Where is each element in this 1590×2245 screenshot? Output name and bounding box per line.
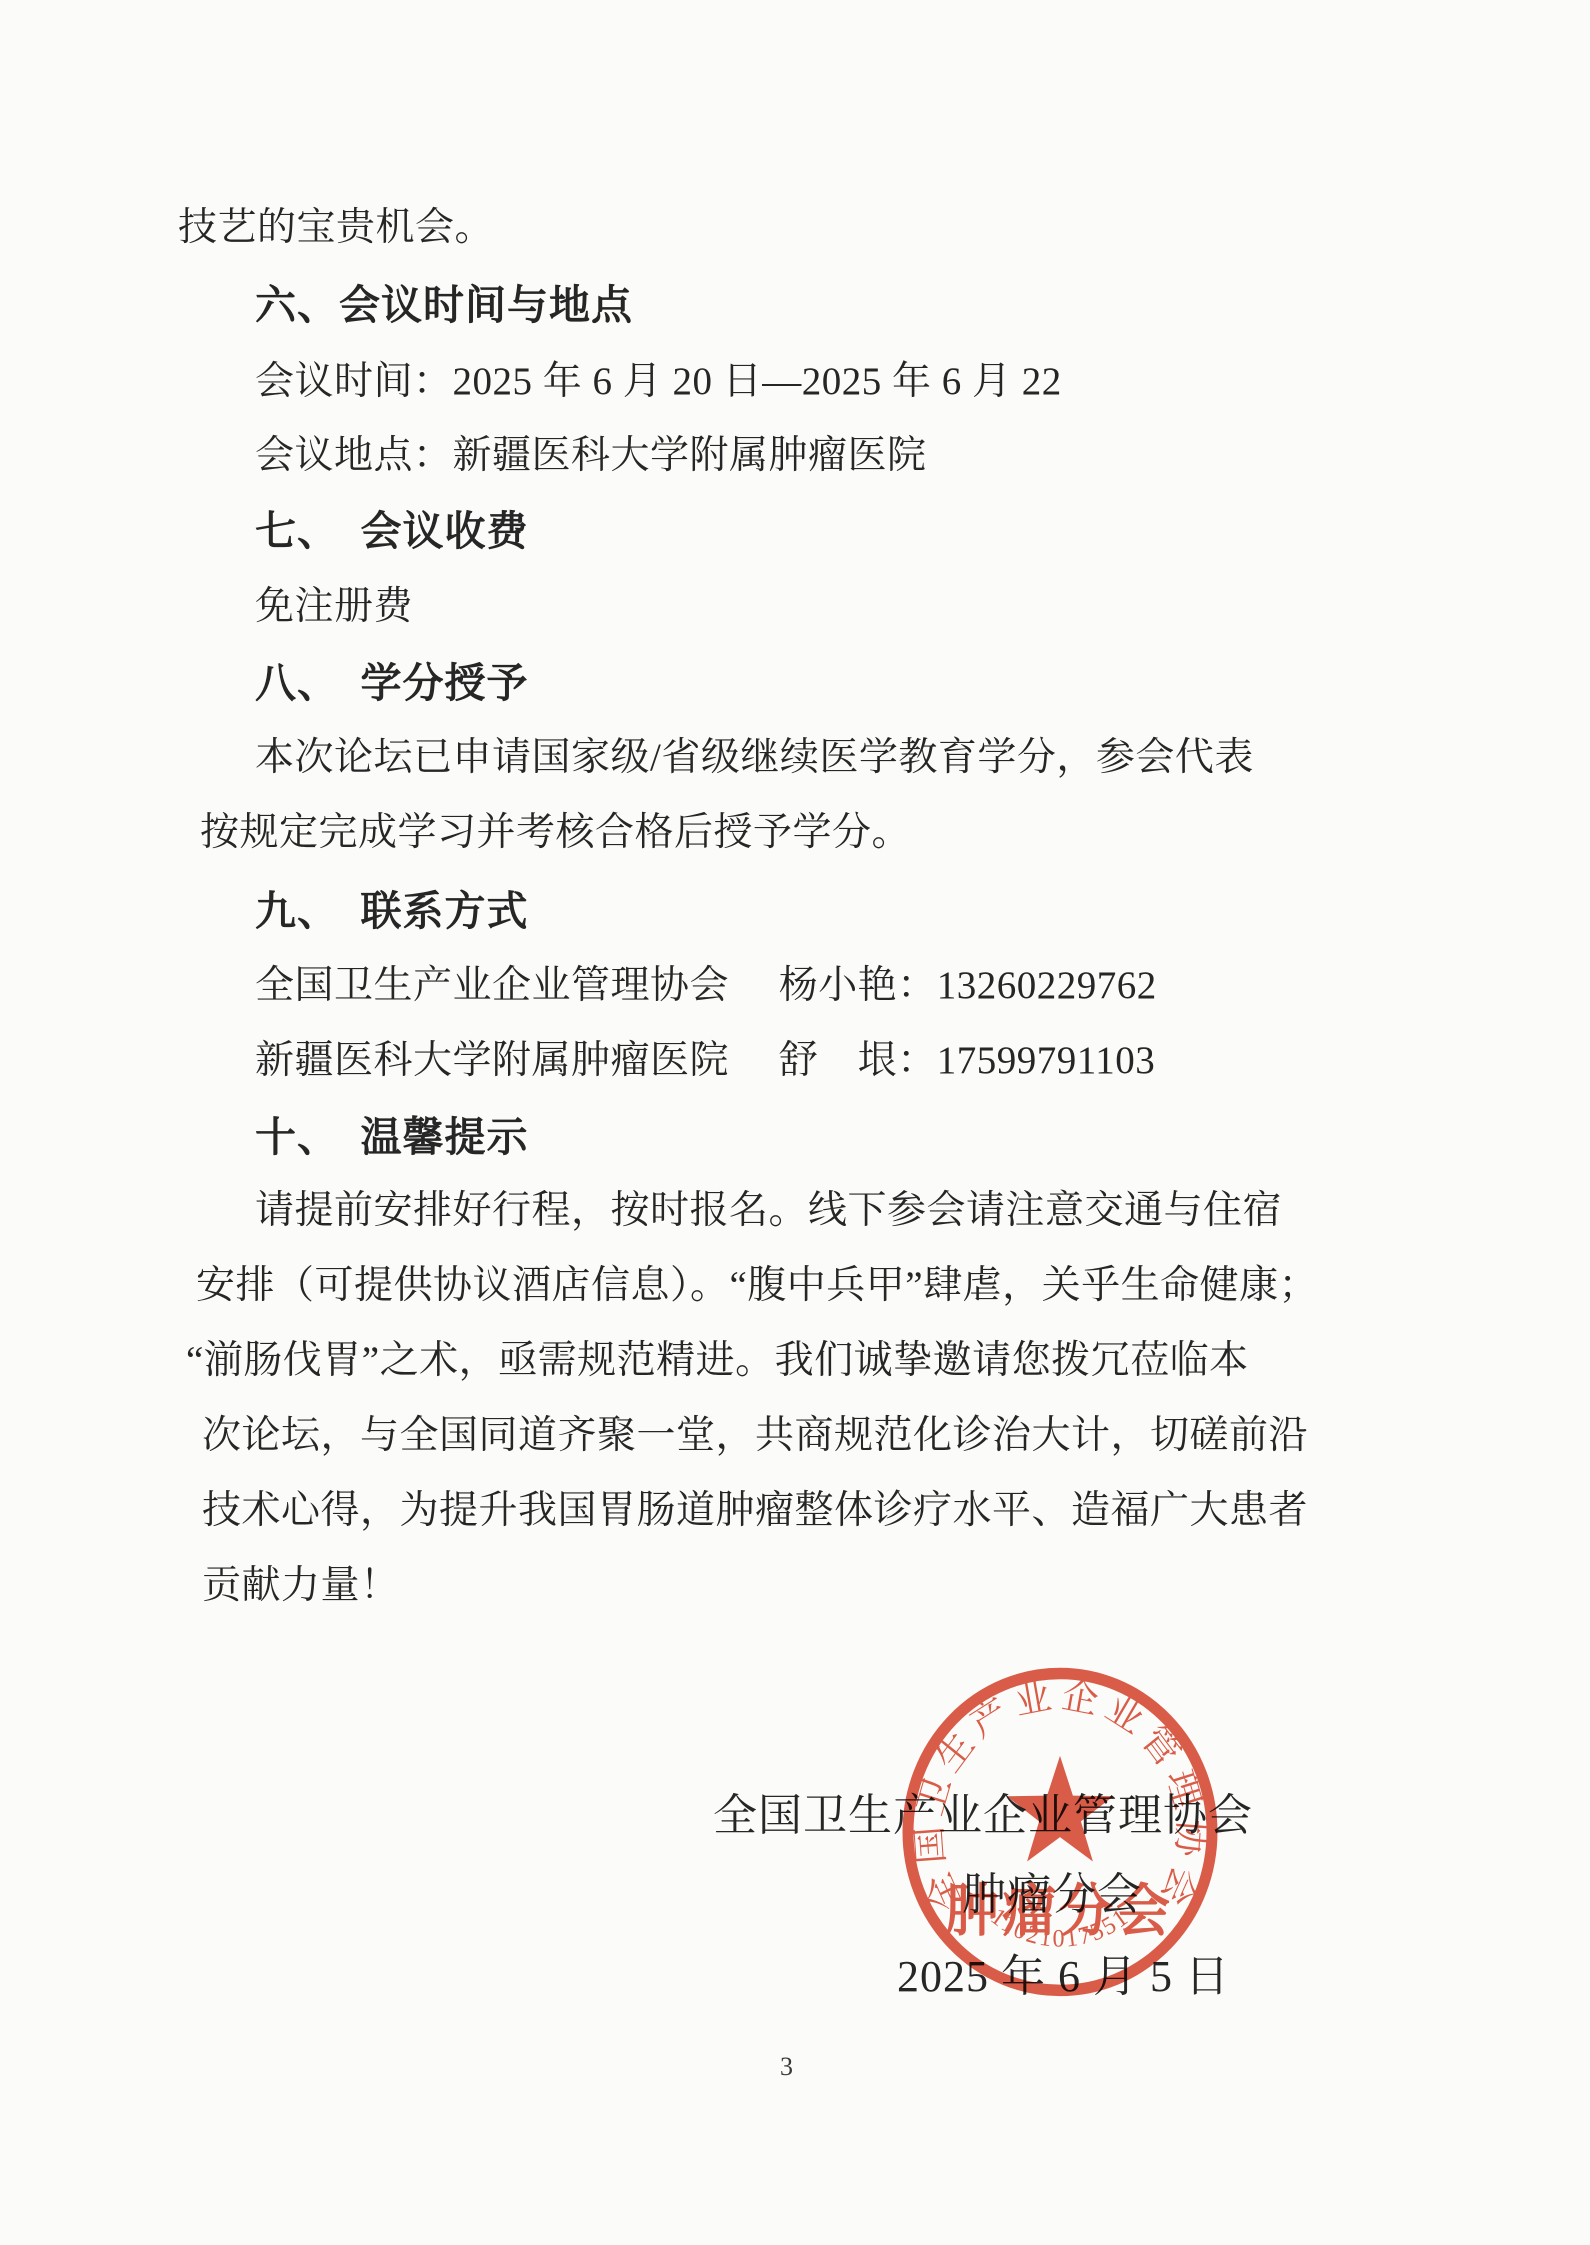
meeting-place-line: 会议地点：新疆医科大学附属肿瘤医院: [255, 424, 927, 480]
contact-line-2: 新疆医科大学附属肿瘤医院 舒 垠：17599791103: [255, 1029, 1155, 1085]
section-7-heading: 七、 会议收费: [255, 498, 529, 557]
tips-line-6: 贡献力量！: [202, 1554, 400, 1610]
section-10-heading: 十、 温馨提示: [255, 1104, 529, 1163]
registration-fee-line: 免注册费: [255, 575, 413, 631]
tips-line-5: 技术心得，为提升我国胃肠道肿瘤整体诊疗水平、造福广大患者: [202, 1479, 1308, 1535]
seal-star-icon: [1007, 1756, 1114, 1862]
tips-line-3: “湔肠伐胃”之术，亟需规范精进。我们诚挚邀请您拨冗莅临本: [186, 1329, 1249, 1385]
meeting-time-line: 会议时间：2025 年 6 月 20 日—2025 年 6 月 22: [255, 350, 1062, 406]
tips-line-1: 请提前安排好行程，按时报名。线下参会请注意交通与住宿: [255, 1179, 1282, 1235]
page-number: 3: [780, 2052, 794, 2082]
document-page: 技艺的宝贵机会。 六、会议时间与地点 会议时间：2025 年 6 月 20 日—…: [0, 0, 1590, 2245]
section-8-heading: 八、 学分授予: [255, 650, 529, 709]
credit-line-1: 本次论坛已申请国家级/省级继续医学教育学分，参会代表: [255, 726, 1254, 782]
section-9-heading: 九、 联系方式: [255, 878, 529, 937]
section-6-heading: 六、会议时间与地点: [255, 272, 633, 331]
contact-line-1: 全国卫生产业企业管理协会 杨小艳：13260229762: [255, 954, 1157, 1010]
official-seal: 全国卫生产业企业管理协会 肿瘤分会 11021017551: [893, 1661, 1223, 2005]
tips-line-4: 次论坛，与全国同道齐聚一堂，共商规范化诊治大计，切磋前沿: [202, 1404, 1308, 1460]
paragraph-tail-line: 技艺的宝贵机会。: [178, 196, 494, 252]
credit-line-2: 按规定完成学习并考核合格后授予学分。: [200, 801, 911, 857]
tips-line-2: 安排（可提供协议酒店信息）。“腹中兵甲”肆虐，关乎生命健康；: [196, 1254, 1318, 1310]
